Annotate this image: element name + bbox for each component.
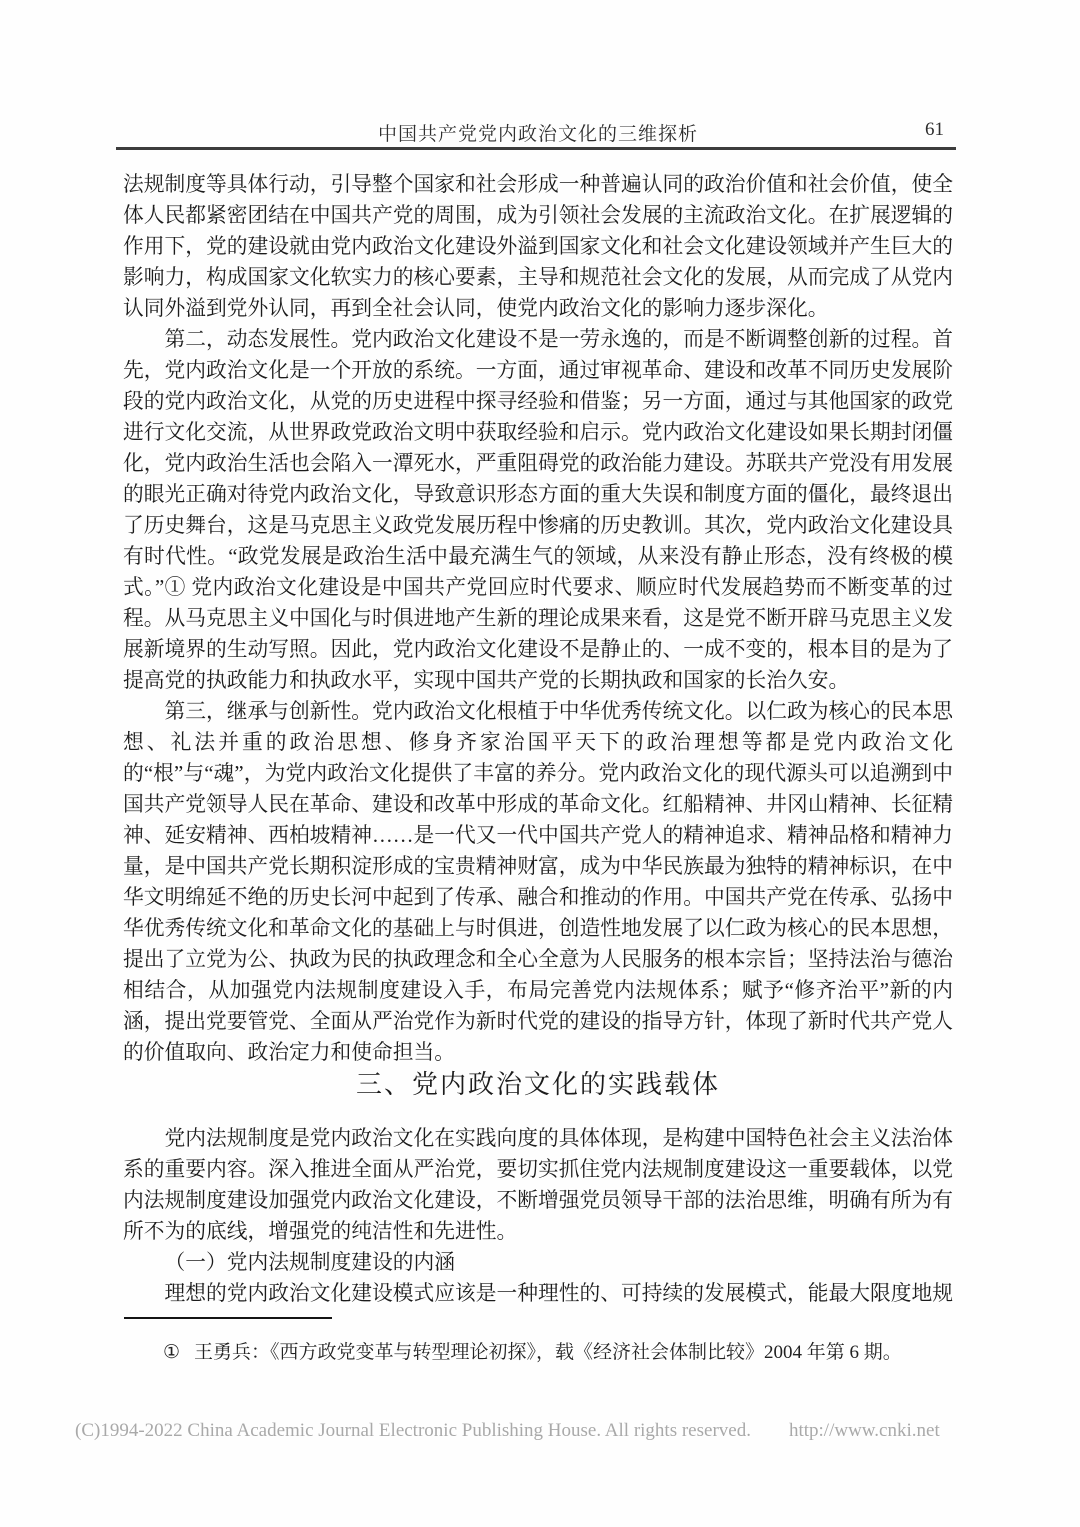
paragraph: 第二，动态发展性。党内政治文化建设不是一劳永逸的，而是不断调整创新的过程。首先，…	[123, 325, 953, 697]
page-footer: (C)1994-2022 China Academic Journal Elec…	[75, 1420, 1005, 1442]
section-heading: 三、党内政治文化的实践载体	[123, 1064, 953, 1101]
body-text-block-1: 法规制度等具体行动，引导整个国家和社会形成一种普遍认同的政治价值和社会价值，使全…	[123, 170, 953, 1069]
paragraph: 法规制度等具体行动，引导整个国家和社会形成一种普遍认同的政治价值和社会价值，使全…	[123, 170, 953, 325]
footer-url: http://www.cnki.net	[789, 1420, 940, 1441]
page-number: 61	[925, 119, 944, 141]
sub-heading: （一）党内法规制度建设的内涵	[123, 1248, 953, 1279]
paragraph: 理想的党内政治文化建设模式应该是一种理性的、可持续的发展模式，能最大限度地规	[123, 1279, 953, 1310]
paper-page: 中国共产党党内政治文化的三维探析 61 法规制度等具体行动，引导整个国家和社会形…	[0, 0, 1080, 1527]
paragraph: 党内法规制度是党内政治文化在实践向度的具体体现，是构建中国特色社会主义法治体系的…	[123, 1124, 953, 1248]
footer-copyright: (C)1994-2022 China Academic Journal Elec…	[75, 1420, 751, 1441]
footnote-rule	[124, 1317, 332, 1319]
header-title: 中国共产党党内政治文化的三维探析	[123, 119, 953, 146]
footnote: ①王勇兵：《西方政党变革与转型理论初探》，载《经济社会体制比较》2004 年第 …	[163, 1340, 953, 1365]
body-text-block-2: 党内法规制度是党内政治文化在实践向度的具体体现，是构建中国特色社会主义法治体系的…	[123, 1124, 953, 1310]
footnote-marker: ①	[163, 1342, 180, 1363]
paragraph: 第三，继承与创新性。党内政治文化根植于中华优秀传统文化。以仁政为核心的民本思想、…	[123, 697, 953, 1069]
footnote-text: 王勇兵：《西方政党变革与转型理论初探》，载《经济社会体制比较》2004 年第 6…	[194, 1342, 902, 1363]
header-rule	[116, 147, 956, 150]
